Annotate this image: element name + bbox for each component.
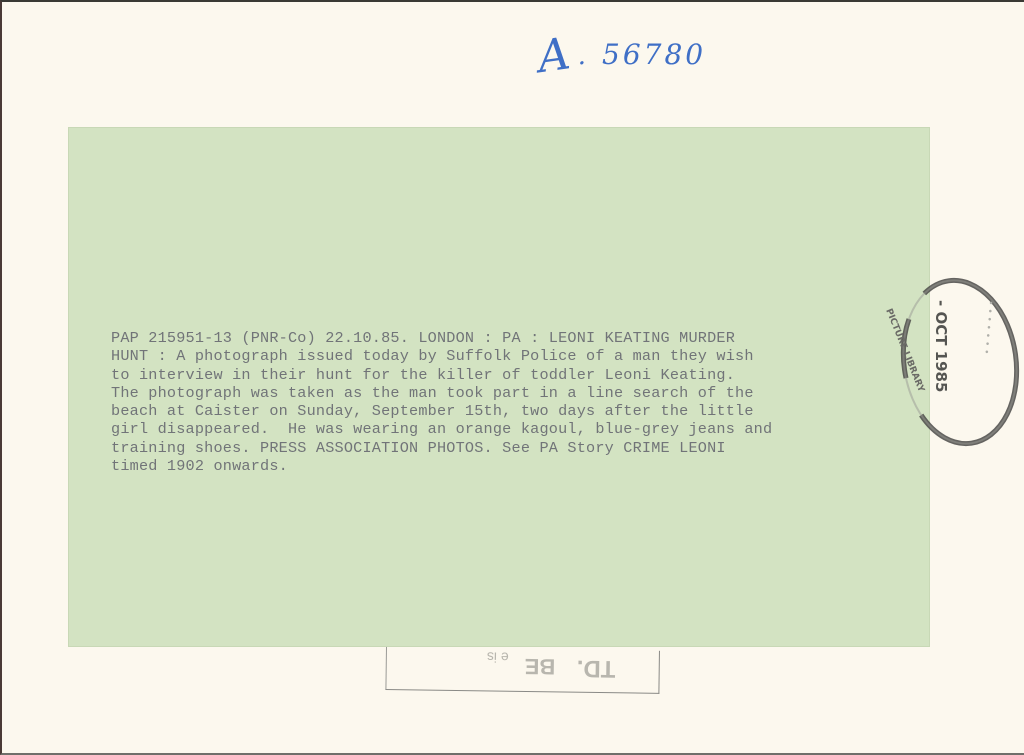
handwritten-reference-number: A.56780: [538, 30, 706, 81]
caption-line: HUNT : A photograph issued today by Suff…: [111, 347, 911, 365]
caption-text: PAP 215951-13 (PNR-Co) 22.10.85. LONDON …: [111, 329, 911, 475]
handwritten-separator: .: [578, 41, 588, 71]
caption-line: beach at Caister on Sunday, September 15…: [111, 402, 911, 420]
faded-stamp-fragment: e is: [487, 650, 509, 664]
faded-back-stamp: TD. BE e is: [385, 647, 660, 694]
library-date-stamp: - OCT 1985 PICTURE LIBRARY • • • • • • •: [870, 270, 1020, 450]
caption-line: to interview in their hunt for the kille…: [111, 366, 911, 384]
handwritten-prefix: A: [535, 28, 576, 83]
stamp-arc-text: PICTURE LIBRARY: [883, 307, 926, 394]
faded-stamp-fragment: BE: [525, 653, 556, 679]
caption-line: girl disappeared. He was wearing an oran…: [111, 420, 911, 438]
caption-line: timed 1902 onwards.: [111, 457, 911, 475]
faded-stamp-fragment: TD.: [577, 654, 616, 683]
stamp-oval-icon: - OCT 1985 PICTURE LIBRARY • • • • • • •: [870, 270, 1020, 450]
svg-text:• • • • • • •: • • • • • • •: [980, 300, 995, 355]
stamp-date: - OCT 1985: [932, 300, 950, 392]
caption-line: The photograph was taken as the man took…: [111, 384, 911, 402]
caption-line: training shoes. PRESS ASSOCIATION PHOTOS…: [111, 439, 911, 457]
photo-back-page: A.56780 PAP 215951-13 (PNR-Co) 22.10.85.…: [0, 0, 1024, 755]
handwritten-number: 56780: [602, 38, 706, 71]
caption-line: PAP 215951-13 (PNR-Co) 22.10.85. LONDON …: [111, 329, 911, 347]
